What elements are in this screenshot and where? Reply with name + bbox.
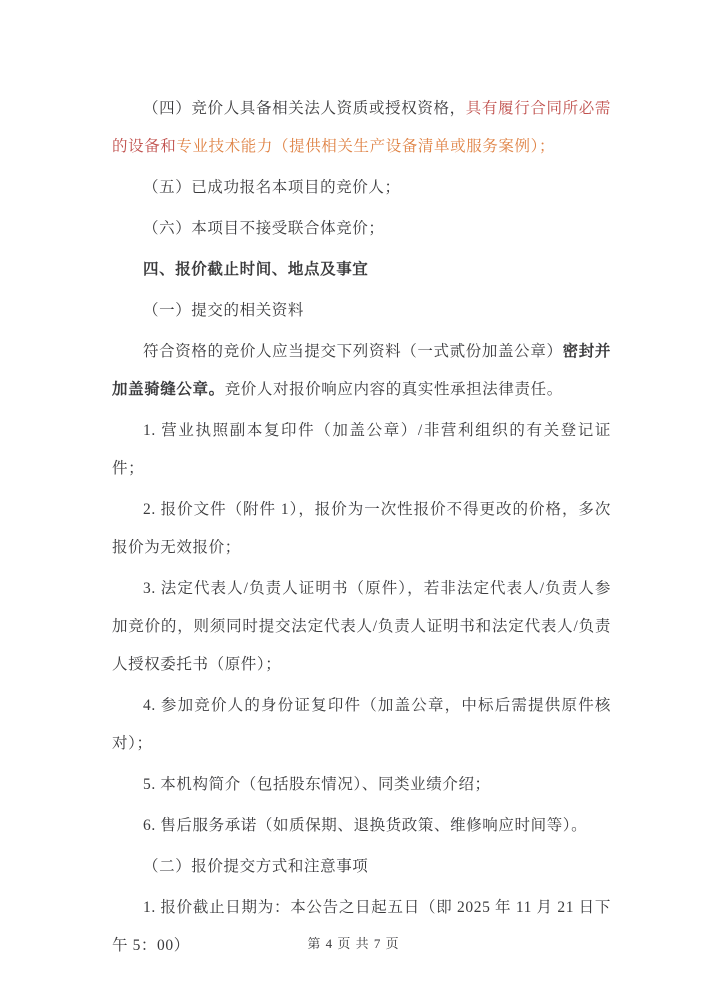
text-run: 5. 本机构简介（包括股东情况）、同类业绩介绍； — [143, 776, 491, 793]
list-item-4-id-card-copy: 4. 参加竞价人的身份证复印件（加盖公章，中标后需提供原件核对）； — [112, 687, 611, 763]
list-item-2-quotation-document: 2. 报价文件（附件 1），报价为一次性报价不得更改的价格，多次报价为无效报价； — [112, 491, 611, 567]
paragraph-clause-5-registered-bidders: （五）已成功报名本项目的竞价人； — [112, 169, 611, 207]
text-run: 竞价人对报价响应内容的真实性承担法律责任。 — [225, 381, 563, 398]
document-body: （四）竞价人具备相关法人资质或授权资格，具有履行合同所必需的设备和专业技术能力（… — [112, 90, 611, 968]
text-run: 1. 营业执照副本复印件（加盖公章）/非营利组织的有关登记证件； — [112, 422, 611, 477]
text-run: 四、报价截止时间、地点及事宜 — [143, 261, 368, 278]
paragraph-quotation-deadline: 1. 报价截止日期为：本公告之日起五日（即 2025 年 11 月 21 日下午… — [112, 889, 611, 965]
text-run: （二）报价提交方式和注意事项 — [143, 858, 368, 875]
paragraph-submission-requirements: 符合资格的竞价人应当提交下列资料（一式贰份加盖公章）密封并加盖骑缝公章。竞价人对… — [112, 333, 611, 409]
subsection-heading-1-materials: （一）提交的相关资料 — [112, 292, 611, 330]
text-run: 3. 法定代表人/负责人证明书（原件），若非法定代表人/负责人参加竞价的，则须同… — [112, 580, 611, 673]
subsection-heading-2-submission-method: （二）报价提交方式和注意事项 — [112, 848, 611, 886]
text-run: 2. 报价文件（附件 1），报价为一次性报价不得更改的价格，多次报价为无效报价； — [112, 501, 611, 556]
section-heading-4-deadline-location: 四、报价截止时间、地点及事宜 — [112, 251, 611, 289]
page-number-text: 第 4 页 共 7 页 — [307, 936, 399, 951]
text-run: （四）竞价人具备相关法人资质或授权资格， — [143, 100, 466, 117]
text-run: 6. 售后服务承诺（如质保期、退换货政策、维修响应时间等）。 — [143, 817, 587, 834]
text-run: （六）本项目不接受联合体竞价； — [143, 220, 385, 237]
text-run: （一）提交的相关资料 — [143, 302, 304, 319]
text-run: （五）已成功报名本项目的竞价人； — [143, 179, 401, 196]
text-run: 符合资格的竞价人应当提交下列资料（一式贰份加盖公章） — [143, 343, 563, 360]
document-page: （四）竞价人具备相关法人资质或授权资格，具有履行合同所必需的设备和专业技术能力（… — [0, 0, 707, 1000]
text-run: 4. 参加竞价人的身份证复印件（加盖公章，中标后需提供原件核对）； — [112, 697, 611, 752]
list-item-5-organization-profile: 5. 本机构简介（包括股东情况）、同类业绩介绍； — [112, 766, 611, 804]
page-number-footer: 第 4 页 共 7 页 — [0, 933, 707, 952]
text-run-orange: 专业技术能力（提供相关生产设备清单或服务案例）； — [176, 138, 555, 155]
paragraph-clause-6-no-consortium: （六）本项目不接受联合体竞价； — [112, 210, 611, 248]
paragraph-clause-4-qualification: （四）竞价人具备相关法人资质或授权资格，具有履行合同所必需的设备和专业技术能力（… — [112, 90, 611, 166]
list-item-6-after-sales-commitment: 6. 售后服务承诺（如质保期、退换货政策、维修响应时间等）。 — [112, 807, 611, 845]
list-item-1-business-license: 1. 营业执照副本复印件（加盖公章）/非营利组织的有关登记证件； — [112, 412, 611, 488]
list-item-3-legal-representative-certificate: 3. 法定代表人/负责人证明书（原件），若非法定代表人/负责人参加竞价的，则须同… — [112, 570, 611, 684]
